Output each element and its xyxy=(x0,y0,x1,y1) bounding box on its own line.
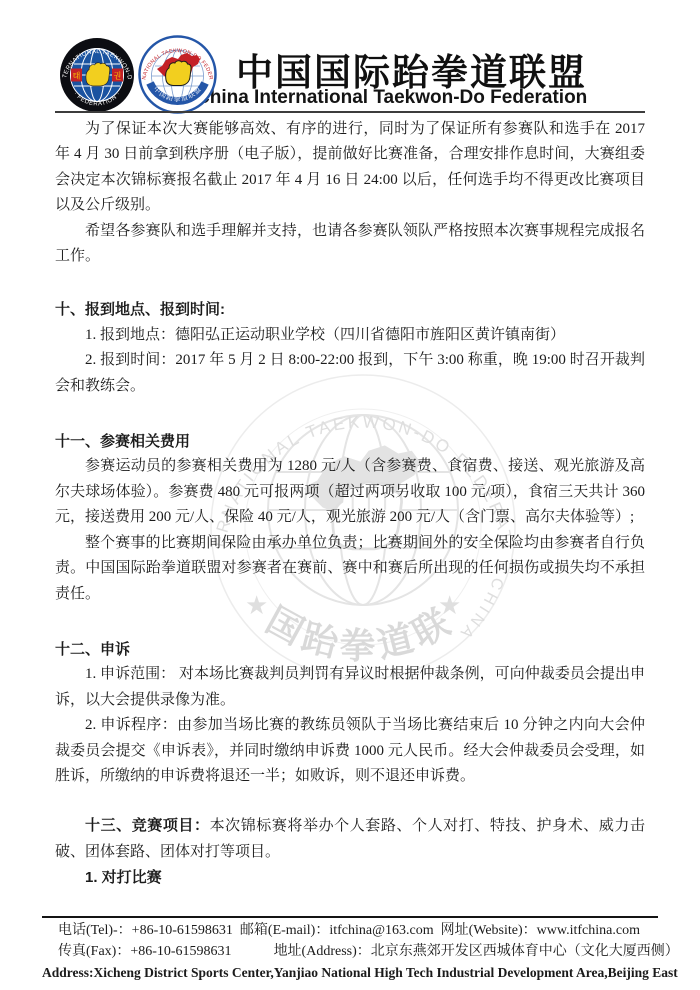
section-12-item-2: 2. 申诉程序：由参加当场比赛的教练员领队于当场比赛结束后 10 分钟之内向大会… xyxy=(55,713,645,789)
itf-international-logo-icon: 태 권 INTERNATIONAL TAEKWON-DO · FEDERATIO… xyxy=(59,37,135,113)
intro-paragraph-1: 为了保证本次大赛能够高效、有序的进行，同时为了保证所有参赛队和选手在 2017 … xyxy=(55,117,645,219)
section-10-item-1: 1. 报到地点：德阳弘正运动职业学校（四川省德阳市旌阳区黄许镇南街） xyxy=(55,323,645,348)
korean-char-left: 태 xyxy=(73,71,81,81)
footer-fax-address-row: 传真(Fax)：+86-10-61598631地址(Address)：北京东燕郊… xyxy=(42,941,658,962)
footer-address-english: Address:Xicheng District Sports Center,Y… xyxy=(42,962,658,983)
footer-contact-row: 电话(Tel)-：+86-10-61598631邮箱(E-mail)：itfch… xyxy=(42,920,658,941)
section-13-paragraph: 十三、竞赛项目：本次锦标赛将举办个人套路、个人对打、特技、护身术、威力击破、团体… xyxy=(55,813,645,865)
section-13-subitem-1: 1. 对打比赛 xyxy=(55,865,645,890)
fist-icon xyxy=(166,61,191,86)
footer: 电话(Tel)-：+86-10-61598631邮箱(E-mail)：itfch… xyxy=(42,920,658,983)
email-label: 邮箱(E-mail)： xyxy=(240,923,329,938)
intro-paragraph-2: 希望各参赛队和选手理解并支持，也请各参赛队领队严格按照本次赛事规程完成报名工作。 xyxy=(55,219,645,270)
address-label: 地址(Address)： xyxy=(274,944,371,959)
fax-value: +86-10-61598631 xyxy=(130,944,231,959)
document-body: 为了保证本次大赛能够高效、有序的进行，同时为了保证所有参赛队和选手在 2017 … xyxy=(55,117,645,891)
tel-value: +86-10-61598631 xyxy=(132,923,233,938)
document-page: { "header": { "title": "中国国际跆拳道联盟", "sub… xyxy=(0,0,700,990)
section-13-heading: 十三、竞赛项目： xyxy=(85,817,210,834)
website-value: www.itfchina.com xyxy=(537,923,640,938)
website-label: 网址(Website)： xyxy=(441,923,537,938)
section-11-paragraph-2: 整个赛事的比赛期间保险由承办单位负责；比赛期间外的安全保险均由参赛者自行负责。中… xyxy=(55,531,645,607)
section-12-heading: 十二、申诉 xyxy=(55,637,645,662)
section-10-item-2: 2. 报到时间：2017 年 5 月 2 日 8:00-22:00 报到，下午 … xyxy=(55,348,645,399)
section-10-heading: 十、报到地点、报到时间: xyxy=(55,297,645,322)
fax-label: 传真(Fax)： xyxy=(58,944,130,959)
tel-label: 电话(Tel)-： xyxy=(58,923,132,938)
footer-divider xyxy=(42,916,658,918)
email-value: itfchina@163.com xyxy=(329,923,433,938)
address-value: 北京东燕郊开发区西城体育中心（文化大厦西侧） xyxy=(371,944,679,959)
korean-char-right: 권 xyxy=(114,71,122,81)
section-11-paragraph-1: 参赛运动员的参赛相关费用为 1280 元/人（含参赛费、食宿费、接送、观光旅游及… xyxy=(55,454,645,530)
itf-china-logo-icon: INTERNATIONAL TAEKWON-DO FEDERATION 中国跆拳… xyxy=(138,35,217,114)
section-11-heading: 十一、参赛相关费用 xyxy=(55,429,645,454)
header-title: 中国国际跆拳道联盟 xyxy=(236,42,587,96)
section-12-item-1: 1. 申诉范围： 对本场比赛裁判员判罚有异议时根据仲裁条例，可向仲裁委员会提出申… xyxy=(55,662,645,713)
header-divider xyxy=(55,111,645,113)
